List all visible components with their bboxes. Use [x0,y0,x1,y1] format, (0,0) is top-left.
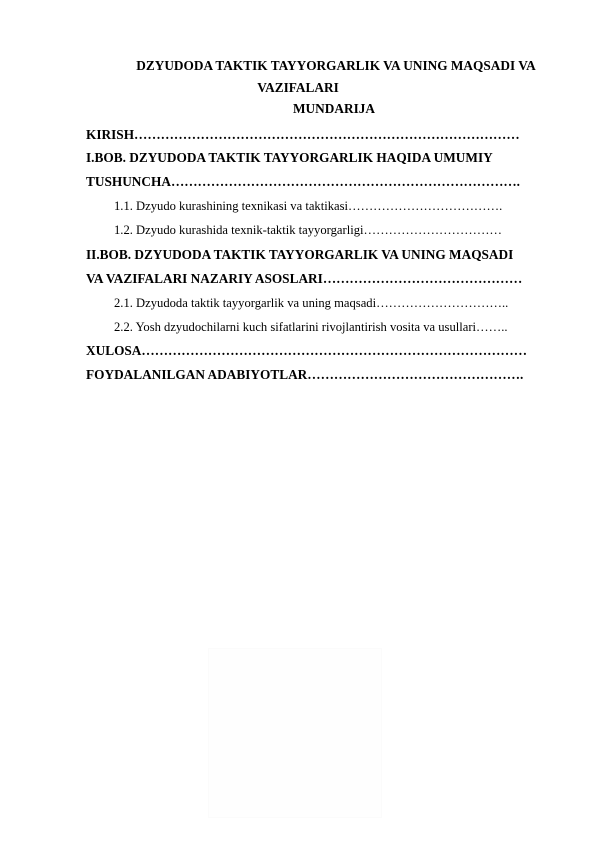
faint-watermark-box [208,648,382,818]
toc-entry-chapter-2-cont[interactable]: VA VAZIFALARI NAZARIY ASOSLARI…………………………… [86,271,522,287]
contents-heading: MUNDARIJA [36,101,596,117]
toc-entry-chapter-1-cont[interactable]: TUSHUNCHA……………………………………………………………………. [86,174,520,190]
toc-entry-kirish[interactable]: KIRISH…………………………………………………………………………… [86,127,520,143]
toc-entry-chapter-1[interactable]: I.BOB. DZYUDODA TAKTIK TAYYORGARLIK HAQI… [86,150,493,166]
toc-entry-2-2[interactable]: 2.2. Yosh dzyudochilarni kuch sifatlarin… [114,319,508,335]
toc-entry-1-2[interactable]: 1.2. Dzyudo kurashida texnik-taktik tayy… [114,222,502,238]
toc-entry-xulosa[interactable]: XULOSA…………………………………………………………………………… [86,343,527,359]
toc-entry-references[interactable]: FOYDALANILGAN ADABIYOTLAR………………………………………… [86,367,523,383]
document-page: DZYUDODA TAKTIK TAYYORGARLIK VA UNING MA… [0,0,596,842]
document-title-line-2: VAZIFALARI [0,80,596,96]
toc-entry-chapter-2[interactable]: II.BOB. DZYUDODA TAKTIK TAYYORGARLIK VA … [86,247,513,263]
toc-entry-1-1[interactable]: 1.1. Dzyudo kurashining texnikasi va tak… [114,198,502,214]
toc-entry-2-1[interactable]: 2.1. Dzyudoda taktik tayyorgarlik va uni… [114,295,508,311]
document-title-line-1: DZYUDODA TAKTIK TAYYORGARLIK VA UNING MA… [38,58,596,74]
